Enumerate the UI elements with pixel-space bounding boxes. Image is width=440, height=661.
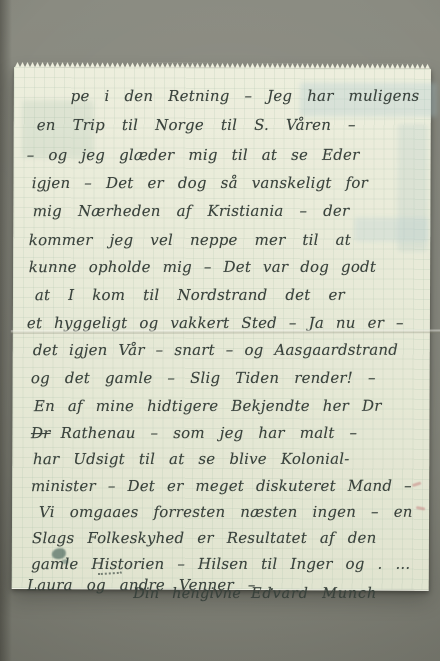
letter-line-12: En af mine hidtigere Bekjendte her Dr [34, 396, 382, 416]
ink-blot [62, 559, 69, 564]
letter-line-11: og det gamle – Slig Tiden render! – [31, 368, 376, 388]
signature: Edvard Munch [251, 586, 377, 602]
struck-out-word: Dr [31, 424, 51, 442]
letter-line-8: at I kom til Nordstrand det er [35, 285, 345, 305]
letter-paper: pe i den Retning – Jeg har muligens en T… [12, 67, 431, 591]
letter-line-13-text: Rathenau – som jeg har malt – [61, 424, 358, 442]
letter-line-14: har Udsigt til at se blive Kolonial- [33, 449, 350, 469]
photo-background: pe i den Retning – Jeg har muligens en T… [0, 0, 440, 661]
letter-line-15: minister – Det er meget diskuteret Mand … [31, 476, 412, 496]
letter-line-17: Slags Folkeskyhed er Resultatet af den [32, 528, 376, 548]
letter-line-16: Vi omgaaes forresten næsten ingen – en [39, 502, 413, 522]
letter-line-13: DrRathenau – som jeg har malt – [31, 423, 357, 443]
letter-line-7: kunne opholde mig – Det var dog godt [29, 257, 376, 277]
letter-line-4: igjen – Det er dog så vanskeligt for [32, 173, 368, 193]
letter-line-2: en Trip til Norge til S. Våren – [37, 115, 356, 135]
letter-line-18: gamle Historien – Hilsen til Inger og . … [31, 554, 410, 574]
letter-line-3: – og jeg glæder mig til at se Eder [27, 145, 360, 165]
letter-line-6: kommer jeg vel neppe mer til at [29, 230, 351, 250]
letter-line-1: pe i den Retning – Jeg har muligens [71, 86, 420, 106]
letter-line-10: det igjen Vår – snart – og Aasgaardstran… [33, 340, 398, 360]
valediction: Din hengivne [133, 586, 241, 602]
handwriting-text: pe i den Retning – Jeg har muligens en T… [13, 68, 430, 589]
fold-crease [11, 330, 440, 335]
letter-closing-line: Din hengivneEdvard Munch [133, 584, 377, 604]
letter-line-5: mig Nærheden af Kristiania – der [33, 201, 350, 221]
